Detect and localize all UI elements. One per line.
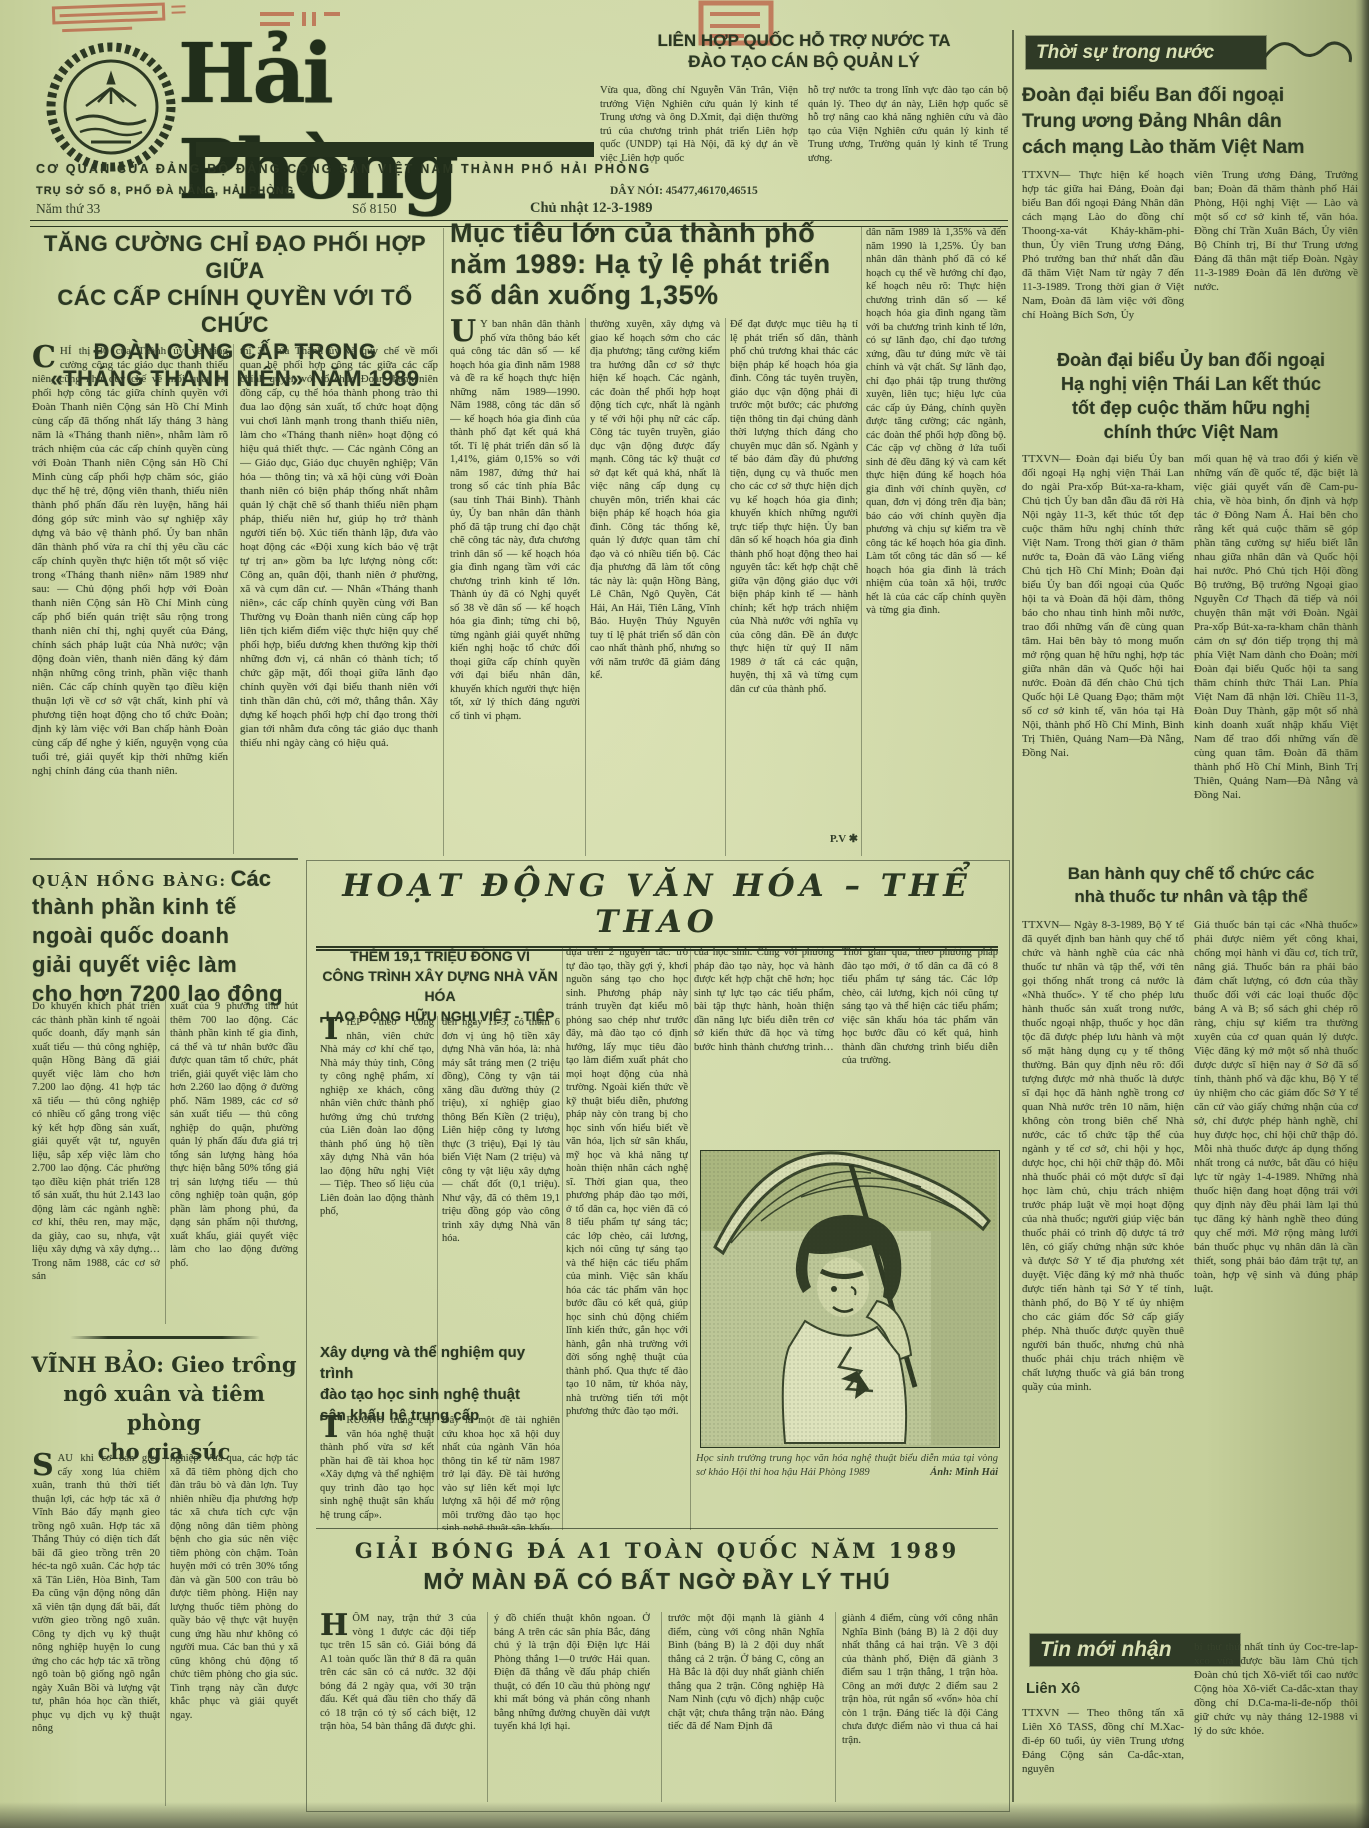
column-rule <box>165 1452 166 1806</box>
masthead-rule <box>196 142 594 157</box>
title-line: TĂNG CƯỜNG CHỈ ĐẠO PHỐI HỢP GIỮA <box>44 231 426 283</box>
section-rule <box>30 858 298 860</box>
flourish-icon <box>1258 28 1358 81</box>
page-edge <box>1361 0 1369 1828</box>
article-column: thị 30 của Thành ủy và quy chế về mối qu… <box>240 344 438 856</box>
column-rule <box>585 318 586 856</box>
kicker: QUẬN HỒNG BÀNG: <box>32 872 227 890</box>
column-rule <box>165 1000 166 1324</box>
article-column: bí thư thứ nhất tỉnh ủy Coc-tre-lap-xco … <box>1194 1640 1358 1804</box>
article-column: ý đồ chiến thuật khôn ngoan. Ở bảng A tr… <box>494 1612 650 1802</box>
article-column: TIẾP theo công nhân, viên chức Nhà máy c… <box>320 1016 434 1332</box>
article-column: dân năm 1989 là 1,35% và đến năm 1990 là… <box>866 226 1006 856</box>
title-line: giải quyết việc làm <box>32 952 237 977</box>
un-title-line2: ĐÀO TẠO CÁN BỘ QUẢN LÝ <box>688 52 919 71</box>
article-column: dựa trên 2 nguyên tắc: trò tự đào tạo, t… <box>566 946 688 1530</box>
article-column: Thời gian qua, theo phương pháp đào tạo … <box>842 946 998 1142</box>
culture-banner: HOẠT ĐỘNG VĂN HÓA – THỂ THAO <box>316 868 998 951</box>
section-label: Thời sự trong nước <box>1036 42 1214 64</box>
hongbang-article-title: QUẬN HỒNG BÀNG: Các thành phần kinh tế n… <box>32 866 298 1008</box>
sidebar-divider <box>1012 30 1014 1802</box>
volume-label: Năm thứ 33 <box>36 201 100 217</box>
un-title-line1: LIÊN HỢP QUỐC HỖ TRỢ NƯỚC TA <box>657 31 950 50</box>
column-rule <box>437 1016 438 1530</box>
title-line: Mục tiêu lớn của thành phố <box>450 218 815 248</box>
article-column: TRƯỜNG trung cấp văn hóa nghệ thuật thàn… <box>320 1414 434 1530</box>
masthead-emblem <box>46 42 176 177</box>
column-rule <box>690 946 691 1530</box>
article-column: Do khuyến khích phát triển các thành phầ… <box>32 1000 160 1324</box>
section-rule <box>70 1336 260 1339</box>
newspaper-page: Hải Phòng CƠ QUAN CỦA ĐẢNG BỘ ĐẢNG CỘNG … <box>0 0 1369 1828</box>
article-column: HÔM nay, trận thứ 3 của vòng 1 được các … <box>320 1612 476 1802</box>
column-rule <box>233 344 234 854</box>
article-column: TTXVN — Theo thông tấn xã Liên Xô TASS, … <box>1022 1706 1184 1804</box>
un-article-title: LIÊN HỢP QUỐC HỖ TRỢ NƯỚC TA ĐÀO TẠO CÁN… <box>598 30 1010 72</box>
article-column: xuất của 9 phường thu hút thêm 700 lao đ… <box>170 1000 298 1324</box>
column-rule <box>861 226 862 856</box>
title-line: ngoài quốc doanh <box>32 923 229 948</box>
title-line: Các <box>231 866 271 891</box>
title-line: đào tạo học sinh nghệ thuật <box>320 1386 520 1403</box>
vinhbao-article-title: VĨNH BẢO: Gieo trồng ngô xuân và tiêm ph… <box>30 1350 298 1466</box>
title-line: Xây dựng và thể nghiệm quy trình <box>320 1344 525 1382</box>
title-line: tốt đẹp cuộc thăm hữu nghị <box>1072 398 1310 418</box>
title-line: VĨNH BẢO: Gieo trồng <box>31 1352 296 1377</box>
article-column: trước một đội mạnh là giành 4 điểm, cùng… <box>668 1612 824 1802</box>
article-column: TTXVN— Ngày 8-3-1989, Bộ Y tế đã quyết đ… <box>1022 918 1184 1626</box>
article-column: nghiệp. Vừa qua, các hợp tác xã đã tiêm … <box>170 1452 298 1806</box>
title-line: chính thức Việt Nam <box>1104 422 1279 442</box>
title-line: thành phần kinh tế <box>32 894 237 919</box>
article-column: ỦY ban nhân dân thành phố vừa thông báo … <box>450 318 580 856</box>
section-rule <box>316 1528 998 1529</box>
article-column: đến ngày 11-3, có thêm 6 đơn vị ủng hộ t… <box>442 1016 560 1332</box>
article-column: viên Trung ương Đảng, Trưởng ban; Đoàn đ… <box>1194 168 1358 338</box>
article-column: Để đạt được mục tiêu hạ tỉ lệ phát triển… <box>730 318 858 828</box>
byline: P.V ✱ <box>790 832 858 845</box>
title-line: năm 1989: Hạ tỷ lệ phát triển <box>450 249 831 279</box>
article-column: thường xuyên, xây dựng và giao kế hoạch … <box>590 318 720 856</box>
address-line: TRỤ SỞ SỐ 8, PHỐ ĐÀ NẴNG, HẢI PHÒNG <box>36 185 294 197</box>
title-line: THÊM 19,1 TRIỆU ĐỒNG VÌ <box>350 948 530 964</box>
title-line: CÔNG TRÌNH XÂY DỰNG NHÀ VĂN HÓA <box>322 968 557 1004</box>
title-line: số dân xuống 1,35% <box>450 280 719 310</box>
title-line: Đoàn đại biểu Ủy ban đối ngoại <box>1057 350 1325 370</box>
title-line: cách mạng Lào thăm Việt Nam <box>1022 136 1304 158</box>
photo-credit: Ảnh: Minh Hải <box>930 1466 998 1480</box>
column-rule <box>443 228 444 856</box>
sidebar-article2-title: Đoàn đại biểu Ủy ban đối ngoại Hạ nghị v… <box>1022 348 1360 444</box>
title-line: Ban hành quy chế tổ chức các <box>1068 864 1315 883</box>
article-column: Vừa qua, đồng chí Nguyễn Văn Trân, Viện … <box>600 84 798 206</box>
article-column: mối quan hệ và trao đổi ý kiến về những … <box>1194 452 1358 852</box>
article-column: Đây là một đề tài nghiên cứu khoa học xã… <box>442 1414 560 1530</box>
sidebar-article1-title: Đoàn đại biểu Ban đối ngoại Trung ương Đ… <box>1022 82 1360 160</box>
dancer-photo <box>700 1150 1000 1448</box>
column-rule <box>562 946 563 1530</box>
article-column: của học sinh. Cùng với phương pháp đào t… <box>694 946 834 1142</box>
article-column: hỗ trợ nước ta trong lĩnh vực đào tạo cá… <box>808 84 1008 206</box>
article-column: TTXVN— Đoàn đại biểu Ủy ban đối ngoại Hạ… <box>1022 452 1184 852</box>
football-article-subtitle: MỞ MÀN ĐÃ CÓ BẤT NGỜ ĐẦY LÝ THÚ <box>316 1568 998 1595</box>
sidebar-article3-title: Ban hành quy chế tổ chức các nhà thuốc t… <box>1022 862 1360 908</box>
article-column: TTXVN— Thực hiện kế hoạch hợp tác giữa h… <box>1022 168 1184 338</box>
column-rule <box>725 318 726 856</box>
article-column: Giá thuốc bán tại các «Nhà thuốc» phải đ… <box>1194 918 1358 1626</box>
news-region-subhead: Liên Xô <box>1026 1680 1080 1697</box>
title-line: ngô xuân và tiêm phòng <box>63 1381 265 1435</box>
article-column: CHỈ thị 30 của Thành ủy về tăng cường cô… <box>32 344 228 856</box>
article-column: giành 4 điểm, cùng với công nhân Nghĩa B… <box>842 1612 998 1802</box>
article-column: SAU khi cơ bản gieo cấy xong lúa chiêm x… <box>32 1452 160 1806</box>
title-line: CÁC CẤP CHÍNH QUYỀN VỚI TỔ CHỨC <box>57 285 412 337</box>
title-line: Đoàn đại biểu Ban đối ngoại <box>1022 84 1284 106</box>
section-header-domestic-news: Thời sự trong nước <box>1026 36 1266 69</box>
photo-caption: Học sinh trường trung học văn hóa nghệ t… <box>696 1452 998 1480</box>
title-line: nhà thuốc tư nhân và tập thể <box>1074 887 1307 906</box>
column-rule <box>835 1612 836 1802</box>
football-article-title: GIẢI BÓNG ĐÁ A1 TOÀN QUỐC NĂM 1989 <box>316 1538 998 1563</box>
donation-article-title: THÊM 19,1 TRIỆU ĐỒNG VÌ CÔNG TRÌNH XÂY D… <box>318 946 562 1026</box>
section-label: Tin mới nhận <box>1040 1638 1172 1662</box>
title-line: Hạ nghị viện Thái Lan kết thúc <box>1061 374 1321 394</box>
column-rule <box>661 1612 662 1802</box>
population-article-title: Mục tiêu lớn của thành phố năm 1989: Hạ … <box>450 218 866 311</box>
title-line: Trung ương Đảng Nhân dân <box>1022 110 1282 132</box>
column-rule <box>487 1612 488 1802</box>
issue-number: Số 8150 <box>352 201 397 217</box>
